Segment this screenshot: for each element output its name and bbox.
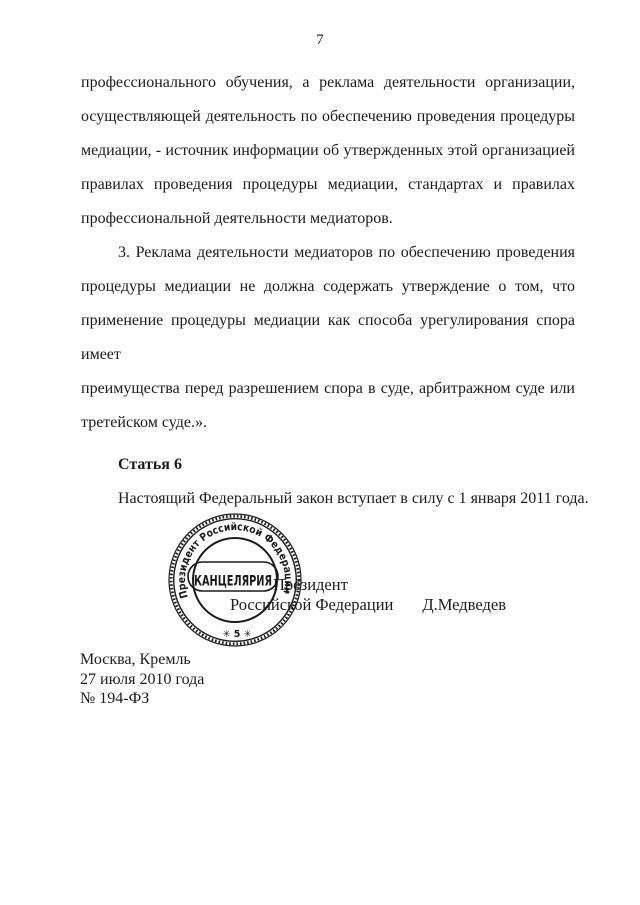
stamp-center-text: КАНЦЕЛЯРИЯ: [194, 574, 272, 590]
issuance-date: 27 июля 2010 года: [80, 670, 204, 690]
chancellery-stamp: Президент Российской Федерации КАНЦЕЛЯРИ…: [167, 512, 303, 648]
body-line: осуществляющей деятельность по обеспечен…: [81, 100, 575, 134]
stamp-bottom-text: ✳ 5 ✳: [222, 629, 251, 640]
page-number: 7: [0, 32, 640, 49]
body-line: правилах проведения процедуры медиации, …: [81, 168, 575, 202]
body-line: третейском суде.».: [81, 406, 575, 440]
body-line: процедуры медиации не должна содержать у…: [81, 270, 575, 304]
signatory-name: Д.Медведев: [422, 595, 506, 615]
issuance-place: Москва, Кремль: [80, 650, 204, 670]
body-line: 3. Реклама деятельности медиаторов по об…: [81, 236, 575, 270]
body-line: применение процедуры медиации как способ…: [81, 304, 575, 372]
body-line: профессиональной деятельности медиаторов…: [81, 202, 575, 236]
article-heading: Статья 6: [81, 448, 575, 482]
issuance-block: Москва, Кремль 27 июля 2010 года № 194-Ф…: [80, 650, 204, 709]
document-body: профессионального обучения, а реклама де…: [81, 66, 575, 516]
law-number: № 194-ФЗ: [80, 689, 204, 709]
body-line: профессионального обучения, а реклама де…: [81, 66, 575, 100]
body-line: преимущества перед разрешением спора в с…: [81, 372, 575, 406]
article-text: Настоящий Федеральный закон вступает в с…: [81, 482, 575, 516]
body-line: медиации, - источник информации об утвер…: [81, 134, 575, 168]
document-page: 7 профессионального обучения, а реклама …: [0, 0, 640, 905]
